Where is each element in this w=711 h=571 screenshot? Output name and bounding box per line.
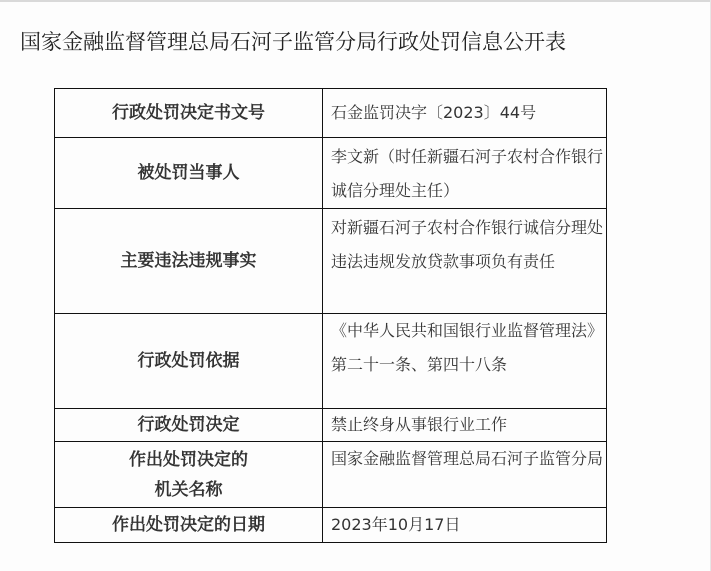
row-label: 主要违法违规事实: [55, 209, 323, 314]
row-value: 石金监罚决字〔2023〕44号: [323, 89, 607, 138]
row-label: 行政处罚依据: [55, 314, 323, 409]
penalty-info-table: 行政处罚决定书文号 石金监罚决字〔2023〕44号 被处罚当事人 李文新（时任新…: [54, 88, 607, 543]
row-label: 被处罚当事人: [55, 138, 323, 209]
row-value: 李文新（时任新疆石河子农村合作银行诚信分理处主任）: [323, 138, 607, 209]
row-label: 作出处罚决定的 机关名称: [55, 442, 323, 508]
row-label-line1: 作出处罚决定的: [55, 445, 322, 475]
row-label: 行政处罚决定书文号: [55, 89, 323, 138]
table-row: 被处罚当事人 李文新（时任新疆石河子农村合作银行诚信分理处主任）: [55, 138, 607, 209]
row-label: 作出处罚决定的日期: [55, 508, 323, 543]
page-title: 国家金融监督管理总局石河子监管分局行政处罚信息公开表: [20, 26, 566, 56]
table-row: 行政处罚依据 《中华人民共和国银行业监督管理法》第二十一条、第四十八条: [55, 314, 607, 409]
row-value: 2023年10月17日: [323, 508, 607, 543]
row-value: 国家金融监督管理总局石河子监管分局: [323, 442, 607, 508]
top-divider: [0, 0, 711, 2]
table-row: 行政处罚决定 禁止终身从事银行业工作: [55, 409, 607, 442]
row-value: 对新疆石河子农村合作银行诚信分理处违法违规发放贷款事项负有责任: [323, 209, 607, 314]
row-value: 《中华人民共和国银行业监督管理法》第二十一条、第四十八条: [323, 314, 607, 409]
table-row: 行政处罚决定书文号 石金监罚决字〔2023〕44号: [55, 89, 607, 138]
table-row: 作出处罚决定的日期 2023年10月17日: [55, 508, 607, 543]
row-label-line2: 机关名称: [55, 475, 322, 505]
table-row: 主要违法违规事实 对新疆石河子农村合作银行诚信分理处违法违规发放贷款事项负有责任: [55, 209, 607, 314]
table-row: 作出处罚决定的 机关名称 国家金融监督管理总局石河子监管分局: [55, 442, 607, 508]
row-label: 行政处罚决定: [55, 409, 323, 442]
row-value: 禁止终身从事银行业工作: [323, 409, 607, 442]
